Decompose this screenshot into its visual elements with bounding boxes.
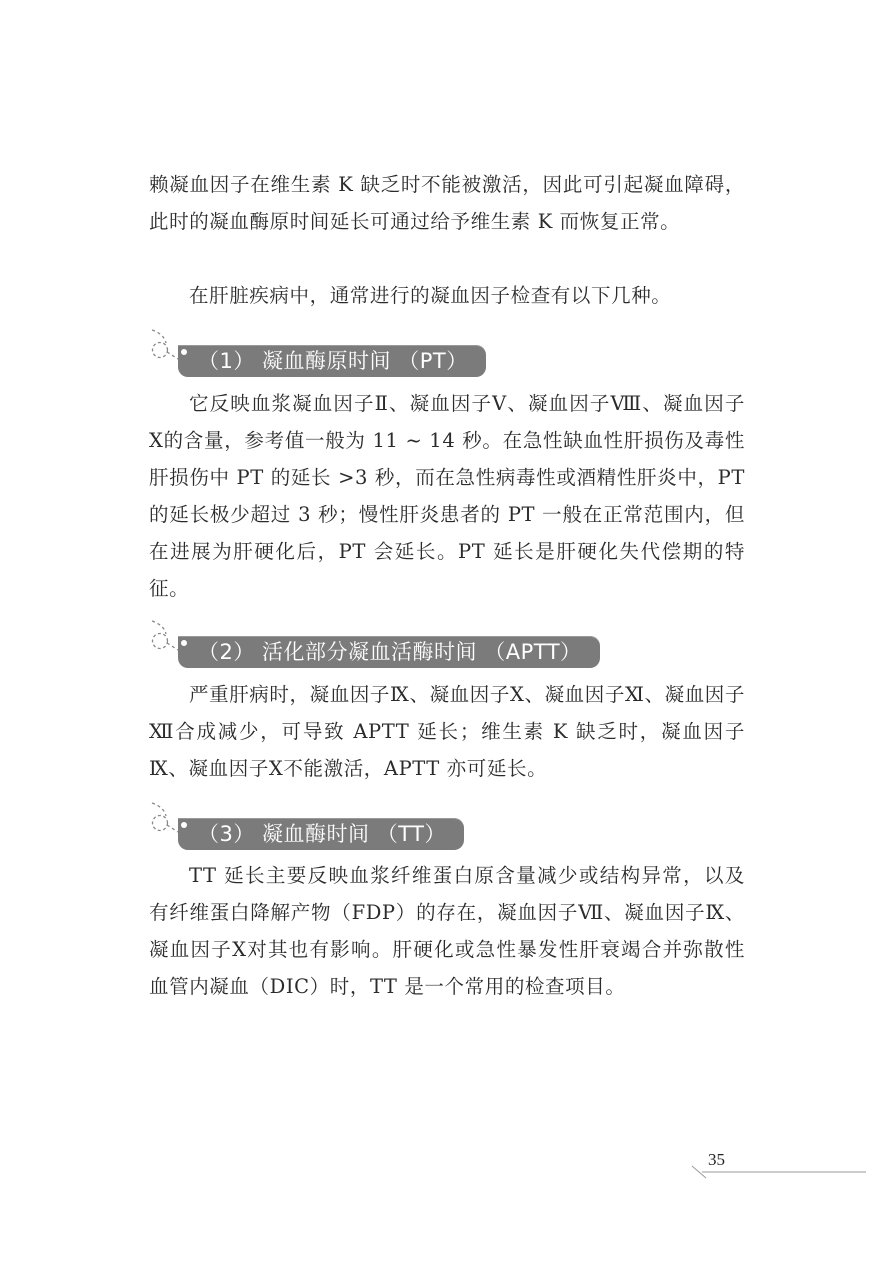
bullet-dot-icon bbox=[181, 640, 187, 646]
section-heading-text: （3） 凝血酶时间 （TT） bbox=[198, 822, 446, 846]
section-heading-pill: （1） 凝血酶原时间 （PT） bbox=[178, 345, 486, 377]
intro-paragraph-continued: 赖凝血因子在维生素 K 缺乏时不能被激活，因此可引起凝血障碍，此时的凝血酶原时间… bbox=[149, 166, 745, 240]
section-heading-pill: （3） 凝血酶时间 （TT） bbox=[178, 818, 464, 850]
bullet-dot-icon bbox=[181, 349, 187, 355]
intro-paragraph: 在肝脏疾病中，通常进行的凝血因子检查有以下几种。 bbox=[149, 277, 745, 314]
section-body-aptt: 严重肝病时，凝血因子Ⅸ、凝血因子Ⅹ、凝血因子Ⅺ、凝血因子Ⅻ合成减少，可导致 AP… bbox=[149, 676, 745, 787]
section-heading-text: （1） 凝血酶原时间 （PT） bbox=[198, 349, 468, 373]
section-heading-text: （2） 活化部分凝血活酶时间 （APTT） bbox=[198, 640, 582, 664]
page-number: 35 bbox=[708, 1150, 725, 1170]
bullet-dot-icon bbox=[181, 822, 187, 828]
section-heading-pill: （2） 活化部分凝血活酶时间 （APTT） bbox=[178, 636, 600, 668]
section-body-pt: 它反映血浆凝血因子Ⅱ、凝血因子Ⅴ、凝血因子Ⅷ、凝血因子Ⅹ的含量，参考值一般为 1… bbox=[149, 385, 745, 607]
page-footer: 35 bbox=[690, 1150, 870, 1190]
book-page: 赖凝血因子在维生素 K 缺乏时不能被激活，因此可引起凝血障碍，此时的凝血酶原时间… bbox=[0, 0, 889, 1264]
section-body-tt: TT 延长主要反映血浆纤维蛋白原含量减少或结构异常，以及有纤维蛋白降解产物（FD… bbox=[149, 857, 745, 1005]
